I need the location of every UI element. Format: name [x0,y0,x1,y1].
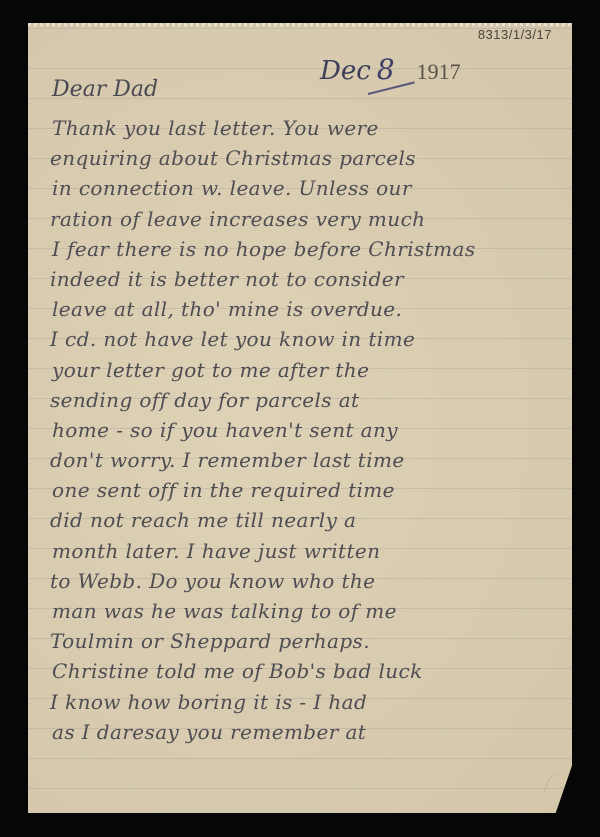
letter-page: 8313/1/3/17 Dec81917 Dear Dad Thank you … [28,23,572,813]
document-viewer: 8313/1/3/17 Dec81917 Dear Dad Thank you … [0,0,600,837]
date-month: Dec [320,56,371,86]
letter-line: month later. I have just written [52,536,572,566]
torn-corner-mark [544,771,567,797]
letter-line: ration of leave increases very much [50,204,570,234]
letter-line: I cd. not have let you know in time [50,324,570,354]
letter-line: home - so if you haven't sent any [52,415,572,445]
date-day: 8 [377,53,395,86]
archive-reference-number: 8313/1/3/17 [478,27,552,42]
letter-line: Thank you last letter. You were [52,113,572,143]
letter-line: as I daresay you remember at [52,717,572,747]
letter-line: did not reach me till nearly a [50,505,570,535]
letter-line: indeed it is better not to consider [50,264,570,294]
letter-line: don't worry. I remember last time [50,445,570,475]
date-year: 1917 [417,59,461,84]
letter-line: sending off day for parcels at [50,385,570,415]
letter-line: enquiring about Christmas parcels [50,143,570,173]
letter-body: Thank you last letter. You were enquirin… [50,113,570,747]
letter-line: your letter got to me after the [52,355,572,385]
letter-line: man was he was talking to of me [52,596,572,626]
letter-line: Christine told me of Bob's bad luck [52,656,572,686]
letter-line: one sent off in the required time [52,475,572,505]
letter-line: Toulmin or Sheppard perhaps. [50,626,570,656]
letter-line: leave at all, tho' mine is overdue. [52,294,572,324]
letter-line: to Webb. Do you know who the [50,566,570,596]
letter-line: in connection w. leave. Unless our [52,173,572,203]
letter-line: I fear there is no hope before Christmas [52,234,572,264]
salutation: Dear Dad [52,77,158,102]
letter-date: Dec81917 [320,53,461,86]
letter-line: I know how boring it is - I had [50,687,570,717]
